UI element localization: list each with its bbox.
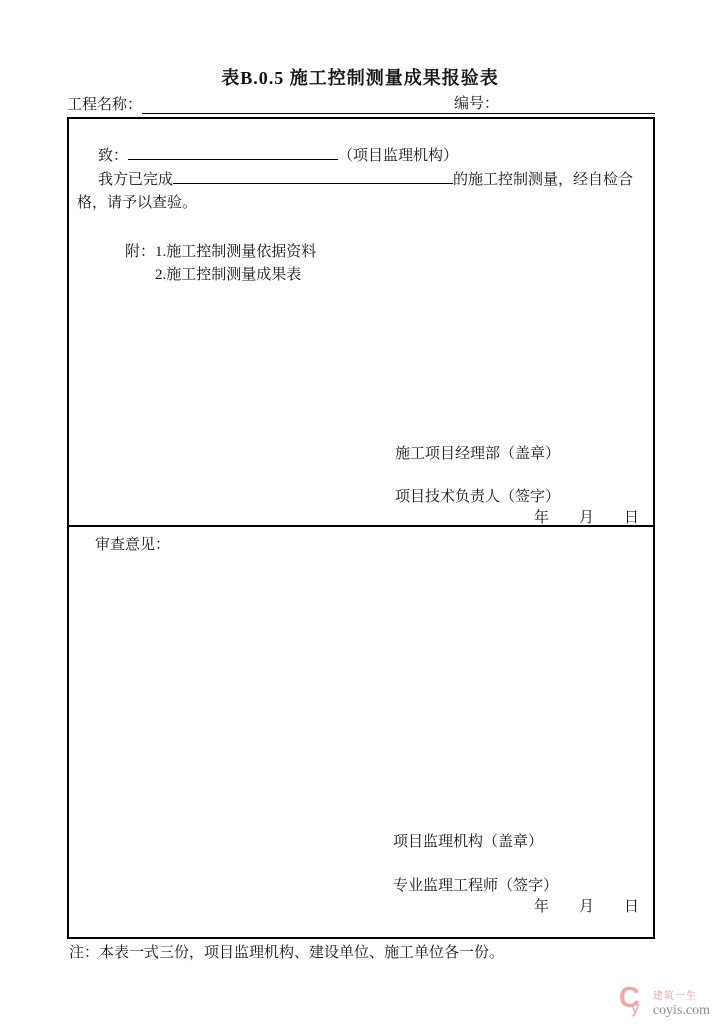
form-header-row: 工程名称： 编号： [67, 95, 655, 114]
review-date-line: 年 月 日 [534, 896, 639, 919]
watermark-domain: coyis.com [653, 1003, 710, 1018]
form-page: 表B.0.5 施工控制测量成果报验表 工程名称： 编号： 致：（项目监理机构） … [0, 0, 720, 1030]
to-line: 致：（项目监理机构） [77, 144, 645, 168]
contractor-seal-line: 施工项目经理部（盖章） [395, 443, 560, 466]
supervisor-seal-line: 项目监理机构（盖章） [393, 831, 543, 854]
statement-blank[interactable] [173, 168, 453, 184]
apply-statement: 我方已完成的施工控制测量，经自检合格，请予以查验。 [77, 168, 645, 215]
tech-director-sign-line: 项目技术负责人（签字） [395, 486, 560, 509]
statement-prefix: 我方已完成 [98, 172, 173, 188]
project-name-blank[interactable]: 编号： [142, 95, 655, 114]
apply-section: 致：（项目监理机构） 我方已完成的施工控制测量，经自检合格，请予以查验。 附： … [69, 119, 653, 527]
logo-letter-y: y [631, 999, 640, 1016]
attachment-item: 2.施工控制测量成果表 [155, 264, 316, 287]
attachment-block: 附： 1.施工控制测量依据资料 2.施工控制测量成果表 [125, 241, 645, 287]
page-title: 表B.0.5 施工控制测量成果报验表 [0, 64, 720, 90]
review-heading: 审查意见： [95, 534, 170, 557]
form-body-box: 致：（项目监理机构） 我方已完成的施工控制测量，经自检合格，请予以查验。 附： … [67, 117, 655, 939]
statement-suffix-line1: 的施工控制测量，经自检合 [453, 172, 633, 188]
to-blank[interactable] [128, 144, 338, 160]
watermark-text: 建筑一生 coyis.com [653, 991, 710, 1018]
attachment-list: 1.施工控制测量依据资料 2.施工控制测量成果表 [155, 241, 316, 287]
watermark: C y 建筑一生 coyis.com [619, 984, 710, 1022]
coyis-logo-icon: C y [619, 984, 649, 1022]
statement-line2: 格，请予以查验。 [77, 195, 197, 211]
engineer-sign-line: 专业监理工程师（签字） [393, 875, 558, 898]
attachment-item: 1.施工控制测量依据资料 [155, 241, 316, 264]
to-suffix: （项目监理机构） [338, 148, 458, 164]
attachment-label: 附： [125, 241, 155, 287]
project-name-label: 工程名称： [67, 96, 142, 114]
number-label: 编号： [454, 95, 499, 113]
watermark-brand-cn: 建筑一生 [653, 991, 710, 1003]
review-section: 审查意见： 项目监理机构（盖章） 专业监理工程师（签字） 年 月 日 [69, 527, 653, 937]
to-label: 致： [98, 148, 128, 164]
footer-note: 注：本表一式三份，项目监理机构、建设单位、施工单位各一份。 [69, 941, 504, 962]
